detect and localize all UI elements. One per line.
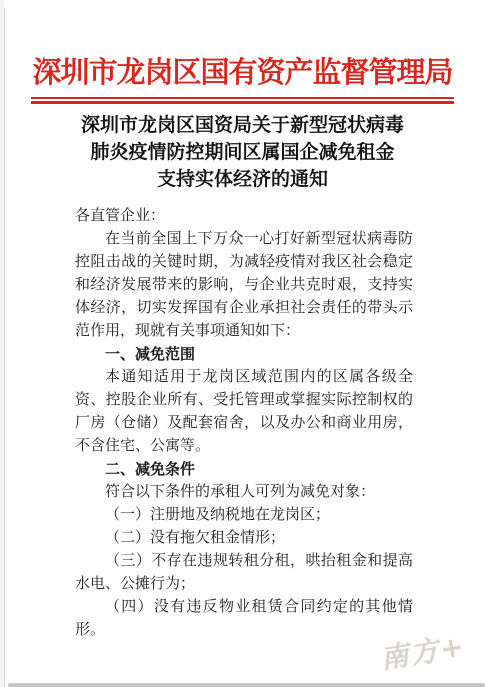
condition-item-4: （四）没有违反物业租赁合同约定的其他情形。 [75,596,413,642]
letterhead-agency-name: 深圳市龙岗区国有资产监督管理局 [0,50,485,91]
section-2-intro: 符合以下条件的承租人可列为减免对象： [75,481,413,504]
condition-item-1: （一）注册地及纳税地在龙岗区； [75,504,413,527]
condition-item-2: （二）没有拖欠租金情形； [75,527,413,550]
intro-paragraph: 在当前全国上下万众一心打好新型冠状病毒防控阻击战的关键时期，为减轻疫情对我区社会… [75,228,413,343]
condition-item-3: （三）不存在违规转租分租，哄抬租金和提高水电、公摊行为； [75,550,413,596]
scanned-notice-page: 深圳市龙岗区国有资产监督管理局 深圳市龙岗区国资局关于新型冠状病毒 肺炎疫情防控… [0,0,485,687]
divider-rule-thick [31,101,454,104]
section-1-paragraph: 本通知适用于龙岗区域范围内的区属各级全资、控股企业所有、受托管理或掌握实际控制权… [75,366,413,458]
section-2-heading: 二、减免条件 [75,458,413,481]
notice-title-line-2: 肺炎疫情防控期间区属国企减免租金 [0,139,485,166]
notice-title-line-3: 支持实体经济的通知 [0,166,485,193]
notice-title-line-1: 深圳市龙岗区国资局关于新型冠状病毒 [0,112,485,139]
section-1-heading: 一、减免范围 [75,343,413,366]
notice-body: 各直管企业： 在当前全国上下万众一心打好新型冠状病毒防控阻击战的关键时期，为减轻… [75,205,413,642]
scan-edge-bottom [8,683,485,687]
salutation: 各直管企业： [75,205,413,228]
letterhead-divider [31,97,454,104]
notice-title: 深圳市龙岗区国资局关于新型冠状病毒 肺炎疫情防控期间区属国企减免租金 支持实体经… [0,112,485,193]
scan-edge-left-line [4,8,5,687]
